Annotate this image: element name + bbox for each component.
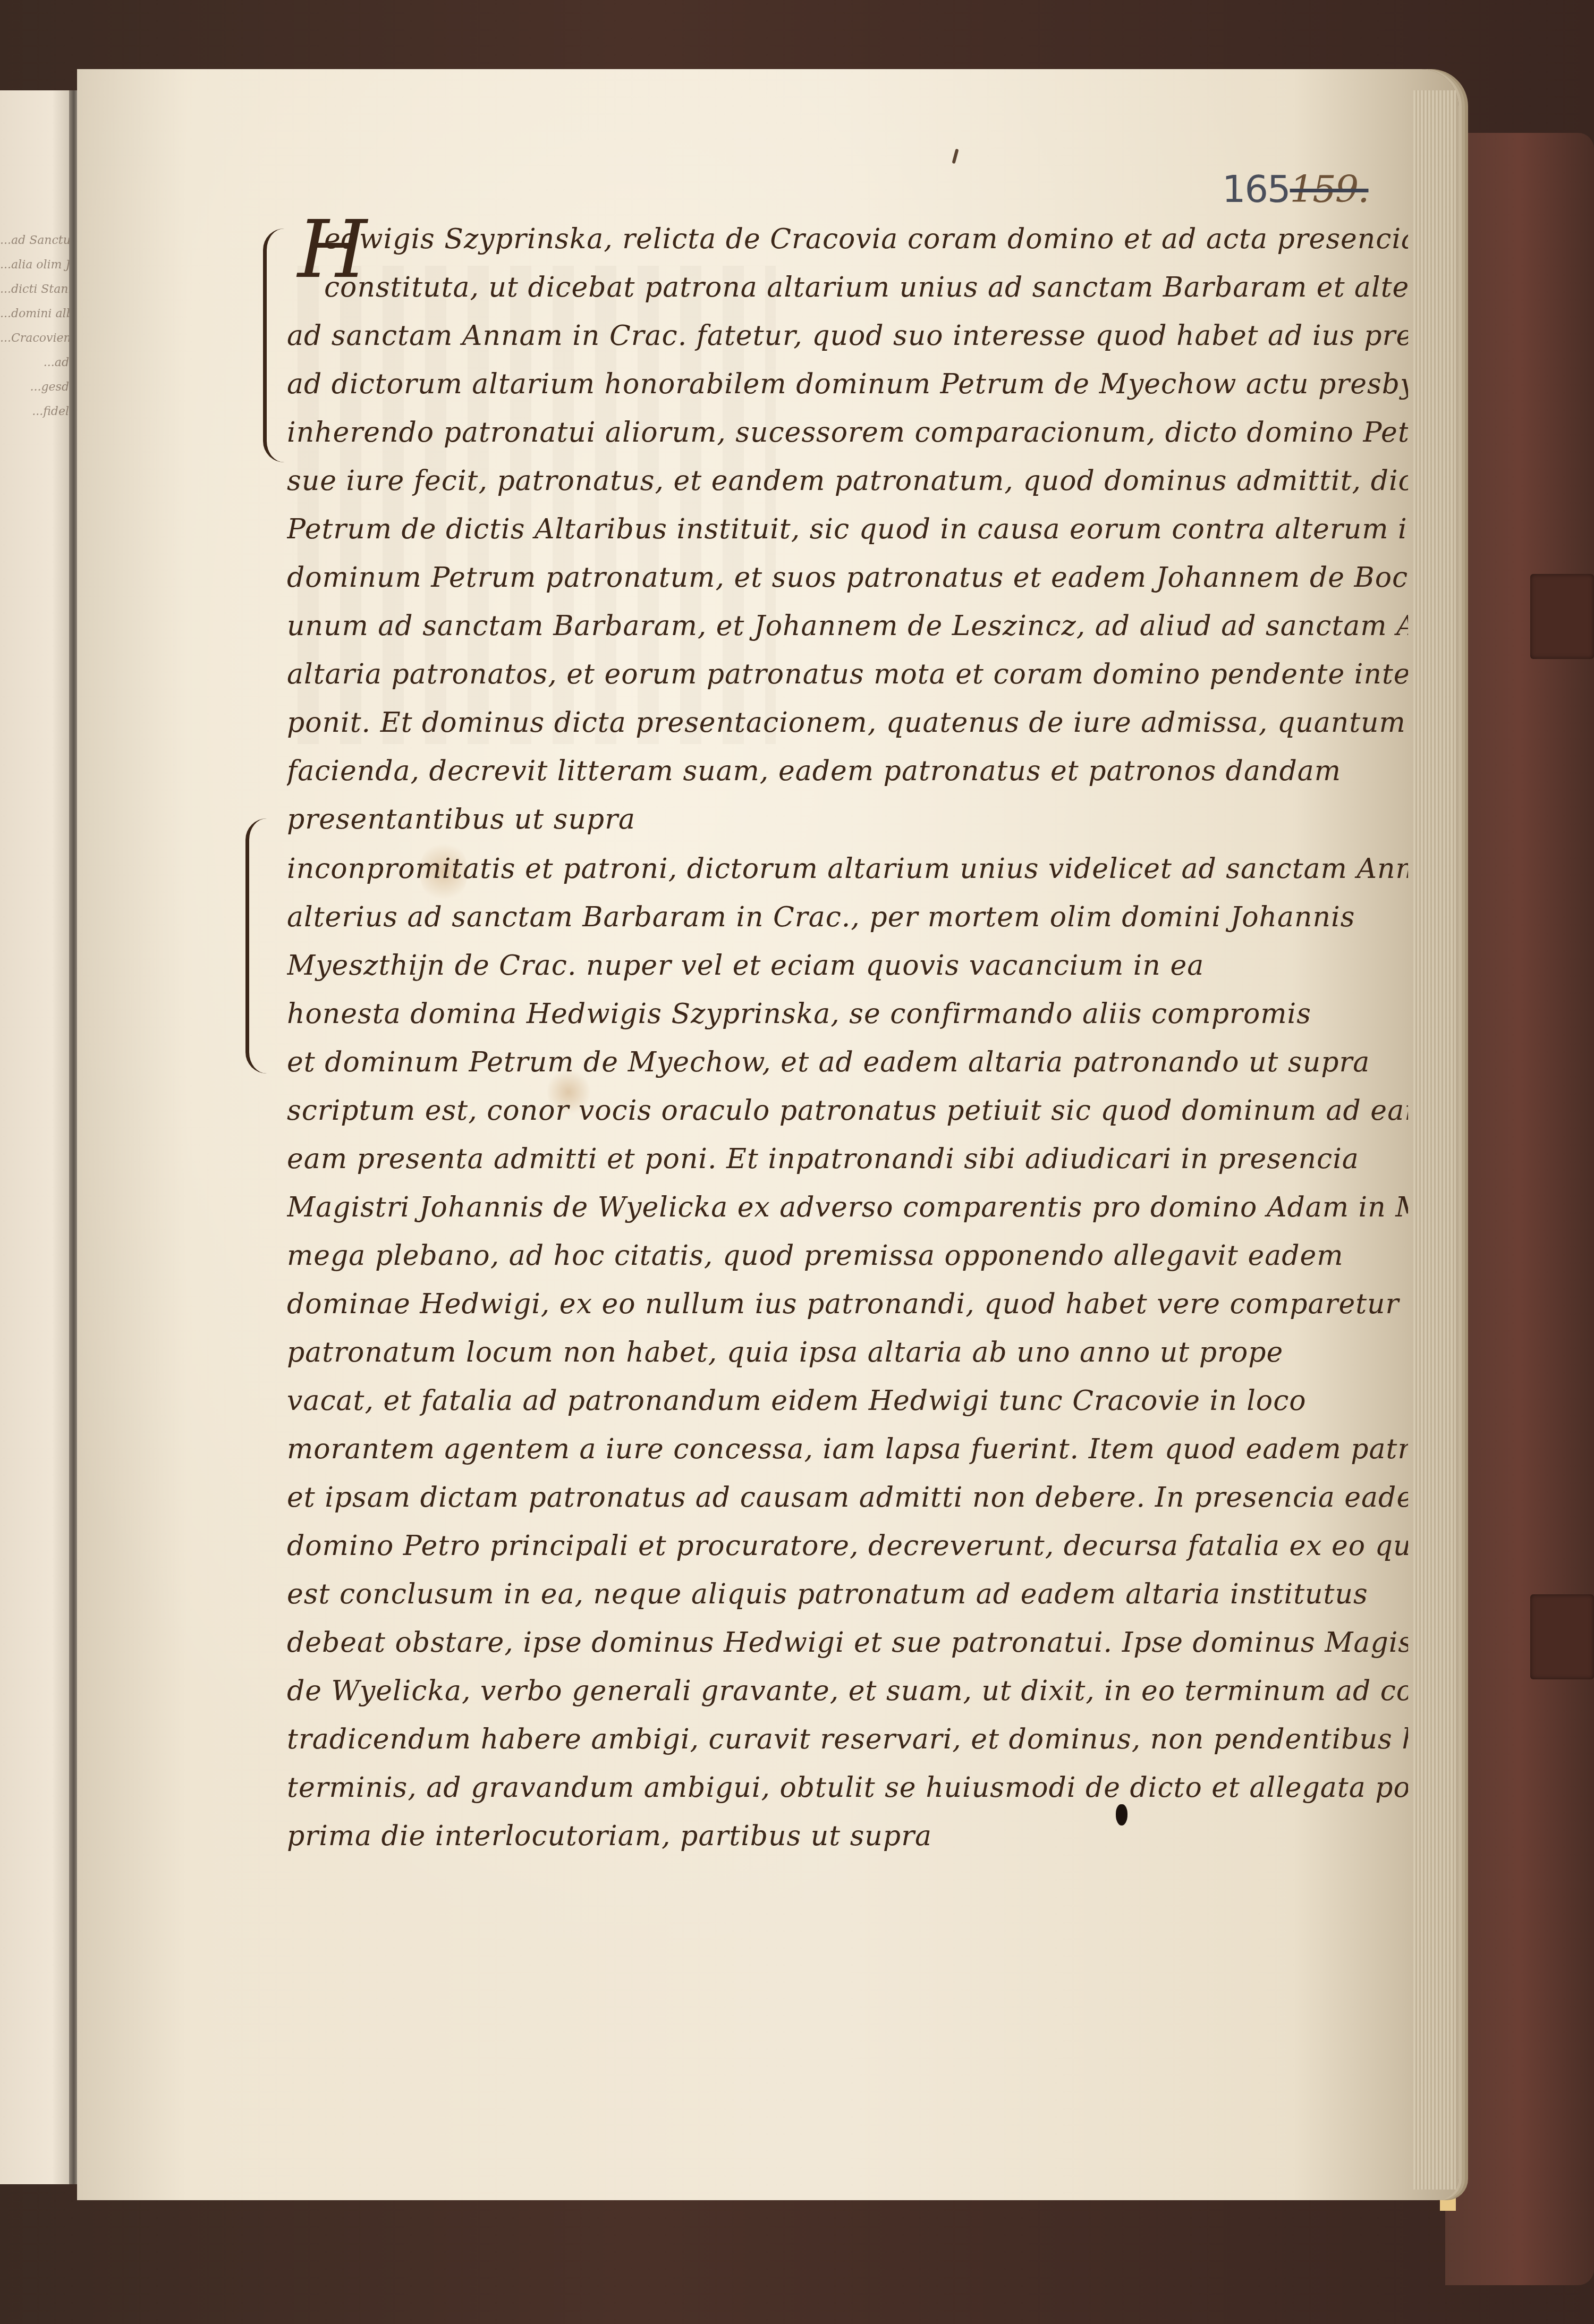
left-margin-line: ...ad (0, 351, 69, 375)
binding-cover-edge (1445, 133, 1594, 2285)
text-line: Myeszthijn de Crac. nuper vel et eciam q… (287, 942, 1408, 990)
left-page-sliver: ...ad Sanctum ...alia olim Jo ...dicti S… (0, 90, 74, 2184)
text-line: dominae Hedwigi, ex eo nullum ius patron… (287, 1280, 1408, 1329)
text-line: Petrum de dictis Altaribus instituit, si… (287, 505, 1408, 554)
text-line: ad dictorum altarium honorabilem dominum… (287, 360, 1408, 409)
text-line: presentantibus ut supra (287, 796, 1408, 844)
left-margin-line: ...alia olim Jo (0, 253, 69, 277)
text-line: et ipsam dictam patronatus ad causam adm… (287, 1474, 1408, 1522)
text-line: mega plebano, ad hoc citatis, quod premi… (287, 1232, 1408, 1280)
paragraph-bracket-2 (245, 818, 270, 1074)
text-line: facienda, decrevit litteram suam, eadem … (287, 747, 1408, 796)
text-line: dominum Petrum patronatum, et suos patro… (287, 554, 1408, 602)
ink-blot (1116, 1804, 1127, 1826)
text-line: unum ad sanctam Barbaram, et Johannem de… (287, 602, 1408, 650)
text-line: edwigis Szyprinska, relicta de Cracovia … (287, 215, 1408, 264)
left-margin-line: ...ad Sanctum (0, 229, 69, 253)
page-edges (1413, 90, 1456, 2190)
text-line: de Wyelicka, verbo generali gravante, et… (287, 1667, 1408, 1715)
text-line: inherendo patronatui aliorum, sucessorem… (287, 409, 1408, 457)
text-line: honesta domina Hedwigis Szyprinska, se c… (287, 990, 1408, 1038)
binding-clasp-bottom (1530, 1594, 1594, 1679)
text-line: constituta, ut dicebat patrona altarium … (287, 264, 1408, 312)
text-line: morantem agentem a iure concessa, iam la… (287, 1425, 1408, 1474)
text-line: inconpromitatis et patroni, dictorum alt… (287, 845, 1408, 893)
folio-old-number-struck: 159. (1290, 167, 1369, 211)
text-line: debeat obstare, ipse dominus Hedwigi et … (287, 1619, 1408, 1667)
left-page-margin-text: ...ad Sanctum ...alia olim Jo ...dicti S… (0, 229, 69, 424)
text-line: scriptum est, conor vocis oraculo patron… (287, 1087, 1408, 1135)
folio-current-number: 165 (1222, 167, 1290, 211)
text-line: est conclusum in ea, neque aliquis patro… (287, 1570, 1408, 1619)
text-line: vacat, et fatalia ad patronandum eidem H… (287, 1377, 1408, 1425)
folio-number: 165159. (1222, 167, 1368, 211)
text-line: terminis, ad gravandum ambigui, obtulit … (287, 1764, 1408, 1812)
left-margin-line: ...domini albert (0, 302, 69, 326)
text-line: sue iure fecit, patronatus, et eandem pa… (287, 457, 1408, 505)
text-line: tradicendum habere ambigi, curavit reser… (287, 1715, 1408, 1764)
binding-clasp-top (1530, 574, 1594, 659)
text-line: ponit. Et dominus dicta presentacionem, … (287, 699, 1408, 747)
paragraph-bracket-1 (263, 229, 288, 462)
text-line: altaria patronatos, et eorum patronatus … (287, 650, 1408, 699)
paragraph-1: edwigis Szyprinska, relicta de Cracovia … (287, 215, 1408, 844)
left-margin-line: ...dicti Stanislai (0, 277, 69, 302)
paragraph-2: inconpromitatis et patroni, dictorum alt… (287, 845, 1408, 1861)
left-margin-line: ...fidel (0, 400, 69, 424)
text-line: patronatum locum non habet, quia ipsa al… (287, 1329, 1408, 1377)
text-line: ad sanctam Annam in Crac. fatetur, quod … (287, 312, 1408, 360)
text-line: prima die interlocutoriam, partibus ut s… (287, 1812, 1408, 1861)
text-line: et dominum Petrum de Myechow, et ad eade… (287, 1038, 1408, 1087)
text-line: alterius ad sanctam Barbaram in Crac., p… (287, 893, 1408, 942)
text-line: domino Petro principali et procuratore, … (287, 1522, 1408, 1570)
text-line: eam presenta admitti et poni. Et inpatro… (287, 1135, 1408, 1184)
text-line: Magistri Johannis de Wyelicka ex adverso… (287, 1184, 1408, 1232)
left-margin-line: ...gesd (0, 375, 69, 400)
left-margin-line: ...Cracoviensis (0, 326, 69, 351)
